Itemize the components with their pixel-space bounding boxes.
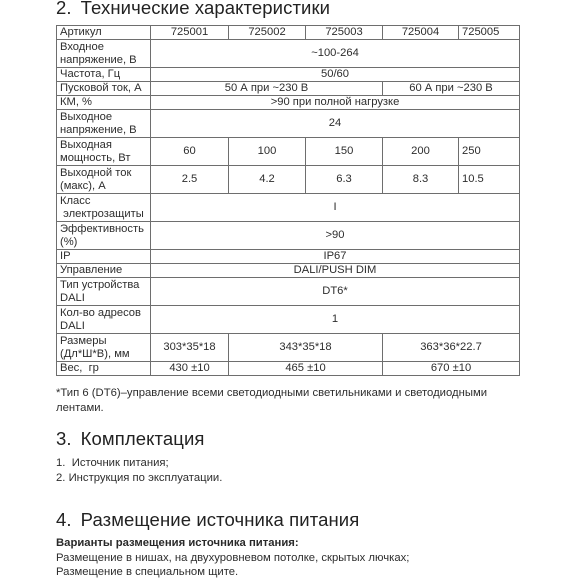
list-text: Источник питания; bbox=[72, 457, 169, 469]
table-row-ip: IP IP67 bbox=[57, 250, 520, 264]
list-text: Инструкция по эксплуатации. bbox=[69, 472, 223, 484]
value-cell: 24 bbox=[151, 110, 520, 138]
value-cell: 2.5 bbox=[151, 166, 229, 194]
placement-lead: Варианты размещения источника питания: bbox=[56, 536, 409, 551]
placement-line: Размещение в нишах, на двухуровневом пот… bbox=[56, 551, 409, 566]
value-cell: DALI/PUSH DIM bbox=[151, 264, 520, 278]
value-cell: 8.3 bbox=[383, 166, 459, 194]
table-row-output-voltage: Выходноенапряжение, В 24 bbox=[57, 110, 520, 138]
value-cell: I bbox=[151, 194, 520, 222]
value-cell: 50/60 bbox=[151, 68, 520, 82]
row-label: Входноенапряжение, В bbox=[57, 40, 151, 68]
article-cell: 725002 bbox=[229, 26, 306, 40]
spec-table: Артикул 725001 725002 725003 725004 7250… bbox=[56, 25, 520, 376]
table-row-dali-device-type: Тип устройстваDALI DT6* bbox=[57, 278, 520, 306]
value-cell: 60 А при ~230 В bbox=[383, 82, 520, 96]
section-title-text: Размещение источника питания bbox=[81, 509, 360, 530]
table-row-power-factor: КМ, % >90 при полной нагрузке bbox=[57, 96, 520, 110]
row-label: КМ, % bbox=[57, 96, 151, 110]
row-label: IP bbox=[57, 250, 151, 264]
table-row-efficiency: Эффективность(%) >90 bbox=[57, 222, 520, 250]
row-label: Выходнаямощность, Вт bbox=[57, 138, 151, 166]
value-cell: 150 bbox=[306, 138, 383, 166]
row-label: Управление bbox=[57, 264, 151, 278]
table-row-protection-class: Класс электрозащиты I bbox=[57, 194, 520, 222]
table-row-input-voltage: Входноенапряжение, В ~100-264 bbox=[57, 40, 520, 68]
table-row-dali-addresses: Кол-во адресовDALI 1 bbox=[57, 306, 520, 334]
table-row-weight: Вес, гр 430 ±10 465 ±10 670 ±10 bbox=[57, 362, 520, 376]
kit-list: 1. Источник питания; 2. Инструкция по эк… bbox=[56, 456, 222, 485]
row-label: Частота, Гц bbox=[57, 68, 151, 82]
article-cell: 725001 bbox=[151, 26, 229, 40]
row-label: Тип устройстваDALI bbox=[57, 278, 151, 306]
value-cell: >90 bbox=[151, 222, 520, 250]
section-title-kit: 3.Комплектация bbox=[56, 428, 205, 450]
value-cell: 670 ±10 bbox=[383, 362, 520, 376]
row-label: Артикул bbox=[57, 26, 151, 40]
list-index: 1. bbox=[56, 456, 65, 471]
value-cell: 50 А при ~230 В bbox=[151, 82, 383, 96]
value-cell: 6.3 bbox=[306, 166, 383, 194]
row-label: Выходноенапряжение, В bbox=[57, 110, 151, 138]
value-cell: 343*35*18 bbox=[229, 334, 383, 362]
row-label: Вес, гр bbox=[57, 362, 151, 376]
table-row-output-power: Выходнаямощность, Вт 60 100 150 200 250 bbox=[57, 138, 520, 166]
row-label: Размеры(Дл*Ш*В), мм bbox=[57, 334, 151, 362]
section-title-placement: 4.Размещение источника питания bbox=[56, 509, 359, 531]
value-cell: 60 bbox=[151, 138, 229, 166]
table-row-control: Управление DALI/PUSH DIM bbox=[57, 264, 520, 278]
row-label: Пусковой ток, А bbox=[57, 82, 151, 96]
article-cell: 725005 bbox=[459, 26, 520, 40]
list-item: 1. Источник питания; bbox=[56, 456, 222, 471]
table-row-output-current: Выходной ток(макс), А 2.5 4.2 6.3 8.3 10… bbox=[57, 166, 520, 194]
table-row-frequency: Частота, Гц 50/60 bbox=[57, 68, 520, 82]
table-row-dimensions: Размеры(Дл*Ш*В), мм 303*35*18 343*35*18 … bbox=[57, 334, 520, 362]
table-row-article: Артикул 725001 725002 725003 725004 7250… bbox=[57, 26, 520, 40]
section-title-text: Комплектация bbox=[81, 428, 205, 449]
row-label: Выходной ток(макс), А bbox=[57, 166, 151, 194]
section-title-text: Технические характеристики bbox=[81, 0, 330, 18]
value-cell: 200 bbox=[383, 138, 459, 166]
value-cell: 10.5 bbox=[459, 166, 520, 194]
article-cell: 725004 bbox=[383, 26, 459, 40]
footnote: *Тип 6 (DT6)–управление всеми светодиодн… bbox=[56, 386, 526, 415]
list-index: 2. bbox=[56, 471, 65, 486]
value-cell: 363*36*22.7 bbox=[383, 334, 520, 362]
value-cell: 1 bbox=[151, 306, 520, 334]
value-cell: 100 bbox=[229, 138, 306, 166]
value-cell: IP67 bbox=[151, 250, 520, 264]
section-number: 4. bbox=[56, 509, 72, 530]
value-cell: 465 ±10 bbox=[229, 362, 383, 376]
row-label: Эффективность(%) bbox=[57, 222, 151, 250]
value-cell: >90 при полной нагрузке bbox=[151, 96, 520, 110]
row-label: Класс электрозащиты bbox=[57, 194, 151, 222]
value-cell: 250 bbox=[459, 138, 520, 166]
row-label: Кол-во адресовDALI bbox=[57, 306, 151, 334]
value-cell: 4.2 bbox=[229, 166, 306, 194]
section-title-technical-specs: 2.Технические характеристики bbox=[56, 0, 330, 19]
value-cell: DT6* bbox=[151, 278, 520, 306]
value-cell: 430 ±10 bbox=[151, 362, 229, 376]
placement-line: Размещение в специальном щите. bbox=[56, 565, 409, 580]
placement-text: Варианты размещения источника питания: Р… bbox=[56, 536, 409, 580]
value-cell: ~100-264 bbox=[151, 40, 520, 68]
section-number: 2. bbox=[56, 0, 72, 18]
article-cell: 725003 bbox=[306, 26, 383, 40]
list-item: 2. Инструкция по эксплуатации. bbox=[56, 471, 222, 486]
value-cell: 303*35*18 bbox=[151, 334, 229, 362]
section-number: 3. bbox=[56, 428, 72, 449]
table-row-inrush-current: Пусковой ток, А 50 А при ~230 В 60 А при… bbox=[57, 82, 520, 96]
